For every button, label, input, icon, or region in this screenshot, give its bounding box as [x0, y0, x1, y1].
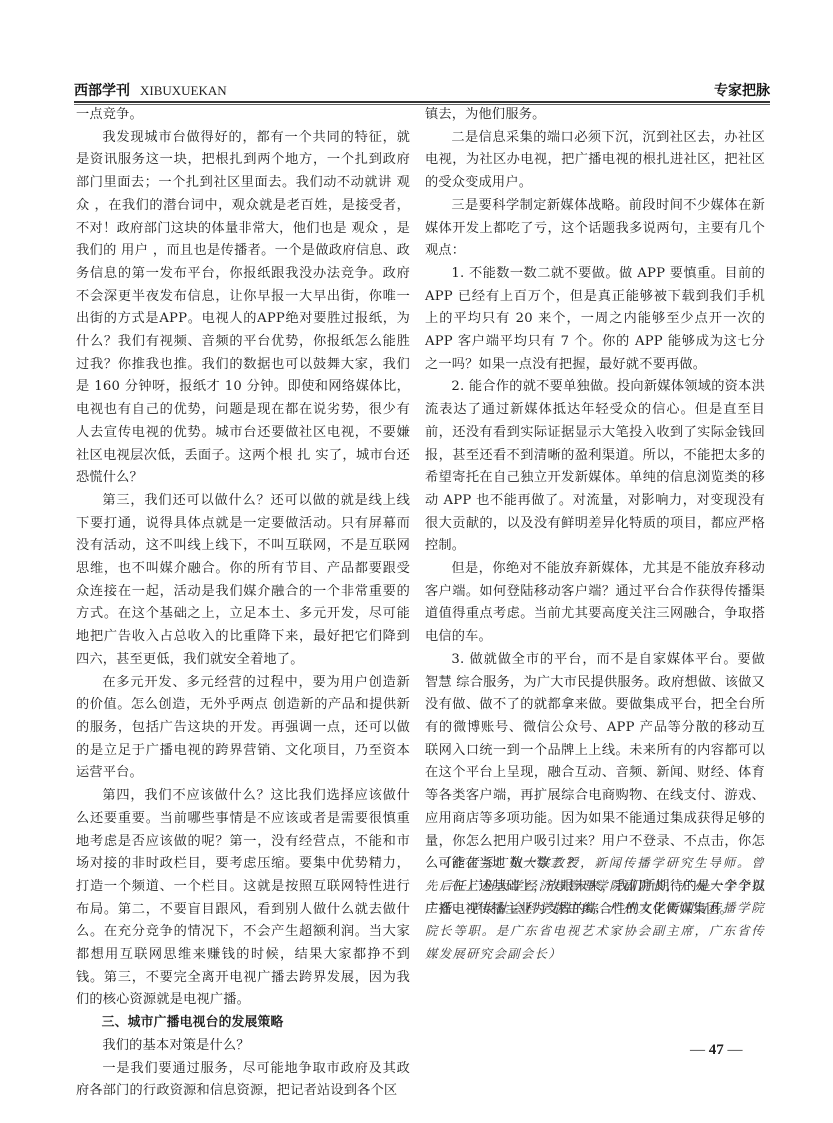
author-bio-text: （作者系广州大学教授，新闻传播学研究生导师。曾先后任广州大学经济与管理学院副院长…: [425, 852, 765, 966]
left-column: 一点竞争。 我发现城市台做得好的，都有一个共同的特征，就是资讯服务这一块，把根扎…: [76, 104, 410, 1103]
page-dash-left: —: [690, 1042, 705, 1058]
paragraph: 2. 能合作的就不要单独做。投向新媒体领域的资本洪流表达了通过新媒体抵达年轻受众…: [425, 376, 765, 558]
page-number: — 47 —: [690, 1042, 743, 1059]
paragraph: 在多元开发、多元经营的过程中，要为用户创造新的价值。怎么创造，无外乎两点 创造新…: [76, 672, 410, 786]
paragraph: 第三，我们还可以做什么？还可以做的就是线上线下要打通，说得具体点就是一定要做活动…: [76, 490, 410, 672]
header-rule-thick: [74, 101, 770, 103]
paragraph: 一点竞争。: [76, 104, 410, 127]
paragraph: 第四，我们不应该做什么？这比我们选择应该做什么还要重要。当前哪些事情是不应该或者…: [76, 785, 410, 1012]
running-header: 西部学刊 XIBUXUEKAN 专家把脉: [74, 80, 770, 100]
journal-name-chinese: 西部学刊: [74, 80, 130, 100]
paragraph: 一是我们要通过服务，尽可能地争取市政府及其政府各部门的行政资源和信息资源，把记者…: [76, 1058, 410, 1103]
paragraph: 三是要科学制定新媒体战略。前段时间不少媒体在新媒体开发上都吃了亏，这个话题我多说…: [425, 195, 765, 263]
page-number-value: 47: [709, 1042, 724, 1058]
journal-name-pinyin: XIBUXUEKAN: [140, 83, 227, 99]
paragraph: 我发现城市台做得好的，都有一个共同的特征，就是资讯服务这一块，把根扎到两个地方，…: [76, 127, 410, 490]
paragraph: 我们的基本对策是什么？: [76, 1035, 410, 1058]
paragraph: 但是，你绝对不能放弃新媒体，尤其是不能放弃移动客户端。如何登陆移动客户端？通过平…: [425, 558, 765, 649]
section-label: 专家把脉: [714, 80, 770, 100]
paragraph: 3. 做就做全市的平台，而不是自家媒体平台。要做 智慧 综合服务，为广大市民提供…: [425, 649, 765, 876]
page-dash-right: —: [728, 1042, 743, 1058]
paragraph: 二是信息采集的端口必须下沉，沉到社区去，办社区电视，为社区办电视，把广播电视的根…: [425, 127, 765, 195]
paragraph: 镇去，为他们服务。: [425, 104, 765, 127]
author-bio: （作者系广州大学教授，新闻传播学研究生导师。曾先后任广州大学经济与管理学院副院长…: [425, 852, 765, 966]
right-column: 镇去，为他们服务。 二是信息采集的端口必须下沉，沉到社区去，办社区电视，为社区办…: [425, 104, 765, 921]
paragraph: 1. 不能数一数二就不要做。做 APP 要慎重。目前的 APP 已经有上百万个，…: [425, 263, 765, 377]
section-heading: 三、城市广播电视台的发展策略: [76, 1012, 410, 1035]
journal-title: 西部学刊 XIBUXUEKAN: [74, 80, 227, 100]
